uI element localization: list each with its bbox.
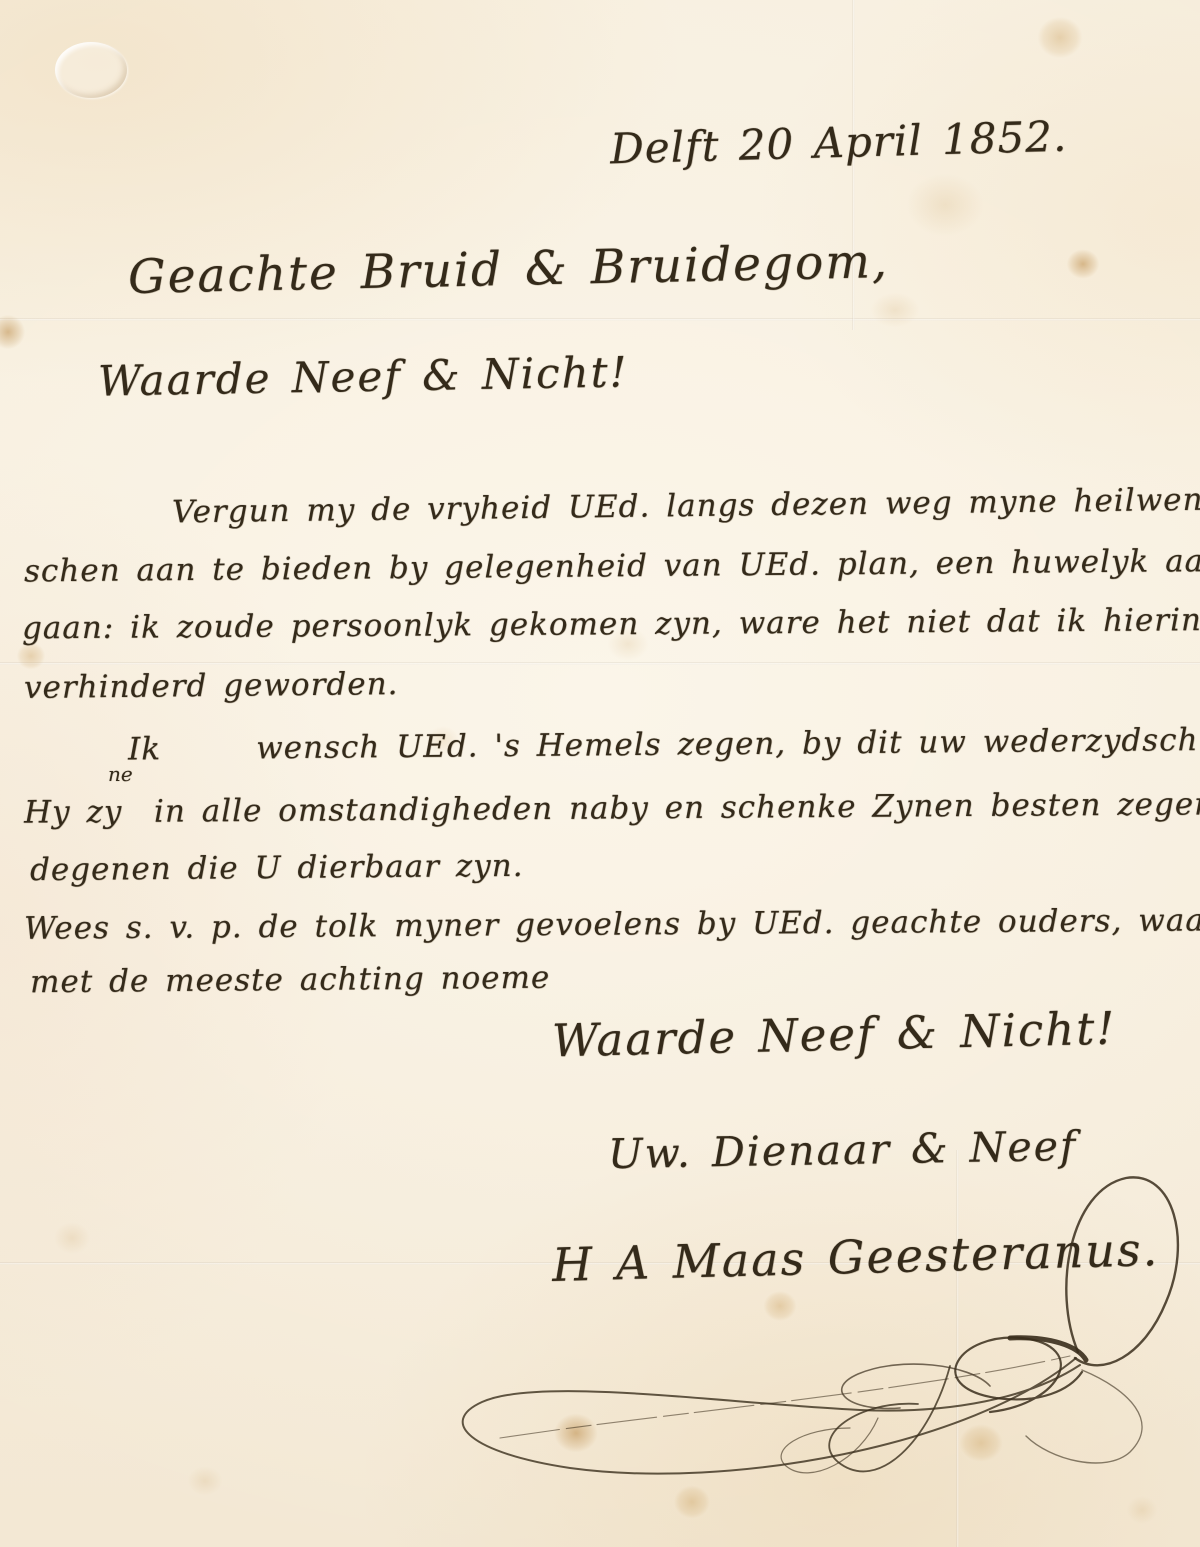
fold-line [0,662,1200,665]
fold-line [0,318,1200,321]
embossed-seal [55,42,127,98]
body-line: met de meeste achting noeme [30,960,551,1001]
letter-paper: Delft 20 April 1852. Geachte Bruid & Bru… [0,0,1200,1547]
stain [860,285,930,335]
stain [1030,10,1090,65]
body-line: gaan: ik zoude persoonlyk gekomen zyn, w… [22,602,1200,647]
superscript-insertion: ne [108,762,133,786]
body-line: Vergun my de vryheid UEd. langs dezen we… [172,482,1200,531]
salutation-bride-groom: Geachte Bruid & Bruidegom, [128,234,890,305]
body-line: degenen die U dierbaar zyn. [30,848,524,888]
salutation-nephew-niece: Waarde Neef & Nicht! [98,347,629,405]
body-line: schen aan te bieden by gelegenheid van U… [24,543,1200,590]
signature-flourish [430,1160,1190,1500]
stain [1062,245,1104,283]
body-line: verhinderd geworden. [24,666,399,706]
dateline: Delft 20 April 1852. [609,112,1067,174]
closing-salute: Waarde Neef & Nicht! [551,1002,1116,1068]
stain [46,1215,98,1261]
body-line: Wees s. v. p. de tolk myner gevoelens by… [24,901,1200,946]
stain [180,1460,230,1502]
stain [890,160,1000,250]
stain [0,310,30,354]
body-line: Hy zy in alle omstandigheden naby en sch… [24,785,1200,830]
body-line: Ik wensch UEd. 's Hemels zegen, by dit u… [128,721,1200,768]
